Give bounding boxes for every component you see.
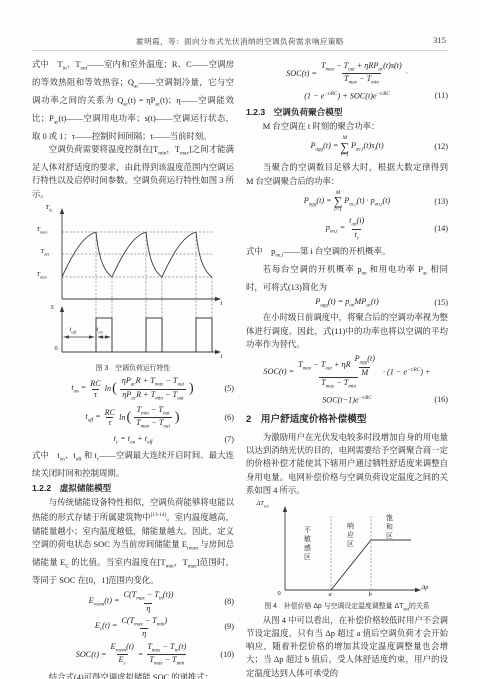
fig4-label-yaxis: ΔTset	[257, 501, 269, 509]
fig4-region-insensitive: 不敏感区	[302, 526, 309, 562]
para-incentive: 为激励用户在光伏发电较多时段增加自身的用电量以达到消纳光伏的目的，电网需要给予空…	[246, 431, 448, 497]
fig4-label-b: b	[369, 592, 372, 598]
fig4-label-a: a	[329, 592, 332, 598]
para-recursive-intro: 结合式(4)可得空调虚拟储能 SOC 的递推式：	[32, 671, 234, 679]
page-header: 霍明霞，等：面向分布式光伏消纳的空调负荷需求响应策略 315	[32, 36, 448, 51]
heading-1-2-3: 1.2.3 空调负荷聚合模型	[246, 106, 448, 119]
equation-5: ton = RCτln(ηPacR + Tmax − ToutηPacR + T…	[32, 376, 234, 402]
fig3-label-state-axis: S	[51, 305, 54, 311]
fig3-top-axes	[59, 208, 220, 301]
fig3-bottom-axes	[59, 306, 220, 354]
para-hourly-dispatch: 在小时级日前调度中，将聚合后的空调功率视为整体进行调度。因此，式(11)中的功率…	[246, 311, 448, 351]
equation-11-line-2: (1 − e−τ/RC) + SOC(t)e−τ/RC(11)	[246, 90, 448, 103]
running-title: 霍明霞，等：面向分布式光伏消纳的空调负荷需求响应策略	[32, 36, 448, 47]
figure-3: Tin Tmax Tset Tmin t S toff ton 0 t	[36, 204, 231, 364]
equation-13: Pagg(t) = M∑i=1Pac,i(t) · pon,i(t)(13)	[246, 191, 448, 213]
fig3-label-yaxis-temp: Tin	[46, 205, 53, 213]
fig3-vertical-guides	[96, 232, 212, 352]
figure-4: ΔTset Δp 0 a b 不敏感区 响应区 饱和区	[255, 500, 440, 602]
heading-2: 2 用户舒适度价格补偿模型	[246, 413, 448, 427]
para-simplification: 若每台空调的开机概率 pon 和用电功率 Pac 相同时，可将式(13)简化为	[246, 263, 448, 294]
equation-8: Eroom(t) = C(Tmax − Tin(t))η(8)	[32, 590, 234, 613]
fig4-label-xaxis: Δp	[422, 585, 429, 591]
para-aggregate-intro: M 台空调在 t 时刻的聚合功率：	[246, 120, 448, 133]
equation-16-line-1: SOC(t) = Tmax − Tout + ηRPagg(t)MTmax − …	[246, 354, 448, 390]
right-column: SOC(t) = Tmax − Tout + ηRPac(t)s(t)Tmax …	[246, 58, 448, 679]
fig3-label-tset: Tset	[41, 249, 50, 257]
fig3-label-ton: ton	[97, 327, 103, 335]
para-symbol-definitions: 式中 Tin、Tout——室内和室外温度；R、C——空调房的等效热阻和等效热容；…	[32, 58, 234, 143]
para-virtual-storage: 与传统储能设备特性相似，空调负荷能够将电能以热能的形式存储于所属建筑物中[13-…	[32, 496, 234, 587]
equation-10: SOC(t) = Eroom(t)Ec = Tmax − Tin(t)Tmax …	[32, 642, 234, 668]
figure-3-plot	[36, 204, 231, 362]
paper-page: 霍明霞，等：面向分布式光伏消纳的空调负荷需求响应策略 315 式中 Tin、To…	[0, 0, 480, 679]
equation-16-line-2: SOC(t−1)e−τ/RC(16)	[246, 394, 448, 407]
figure-3-caption: 图 3 空调负荷运行特性	[32, 364, 234, 373]
heading-1-2-2: 1.2.2 虚拟储能模型	[32, 482, 234, 495]
fig3-temperature-curve	[62, 232, 212, 277]
fig3-label-time-top: t	[221, 301, 223, 307]
fig4-region-response: 响应区	[345, 522, 352, 549]
page-number: 315	[433, 35, 446, 45]
fig3-duration-arrows	[63, 335, 111, 338]
equation-9: Ec(t) = C(Tmax − Tmin)η(9)	[32, 616, 234, 639]
figure-4-plot	[255, 500, 440, 600]
fig3-state-pulses	[96, 318, 212, 352]
figure-4-caption: 图 4 补偿价格 Δp 与空调设定温度调整量 ΔTset的关系	[246, 602, 448, 613]
equation-7: tc = ton + toff(7)	[32, 434, 234, 447]
fig4-region-saturation: 饱和区	[384, 514, 391, 541]
fig3-label-tmax: Tmax	[37, 227, 48, 235]
fig4-label-origin: 0	[278, 591, 281, 597]
para-figure4-discussion: 从图 4 中可以看出，在补偿价格较低时用户不会调节设定温度，只有当 Δp 超过 …	[246, 614, 448, 679]
left-column: 式中 Tin、Tout——室内和室外温度；R、C——空调房的等效热阻和等效热容；…	[32, 58, 234, 679]
two-column-body: 式中 Tin、Tout——室内和室外温度；R、C——空调房的等效热阻和等效热容；…	[32, 58, 448, 679]
fig3-label-origin: 0	[55, 346, 58, 352]
equation-11-line-1: SOC(t) = Tmax − Tout + ηRPac(t)s(t)Tmax …	[246, 61, 448, 87]
fig3-label-time-bottom: t	[221, 354, 223, 360]
para-time-symbols: 式中 ton、toff 和 tc——空调最大连续开启时间、最大连续关闭时间和控制…	[32, 449, 234, 480]
equation-15: Pagg(t) = ponMPac(t)(15)	[246, 296, 448, 309]
fig3-label-toff: toff	[70, 327, 77, 335]
para-comfort-range: 空调负荷需要将温度控制在[Tmin，Tmax]之间才能满足人体对舒适度的要求，由…	[32, 143, 234, 201]
equation-6: toff = RCτln(Tmin − ToutTmax − Tout)(6)	[32, 405, 234, 431]
fig3-label-tmin: Tmin	[37, 272, 47, 280]
equation-12: Pagg(t) = M∑i=1Pac,i(t)si(t)(12)	[246, 136, 448, 158]
equation-14: pon,i = ton(i)tc(14)	[246, 216, 448, 242]
para-large-numbers: 当聚合的空调数目足够大时，根据大数定律得到 M 台空调聚合后的功率：	[246, 161, 448, 188]
para-on-probability: 式中 pon,i——第 i 台空调的开机概率。	[246, 245, 448, 263]
